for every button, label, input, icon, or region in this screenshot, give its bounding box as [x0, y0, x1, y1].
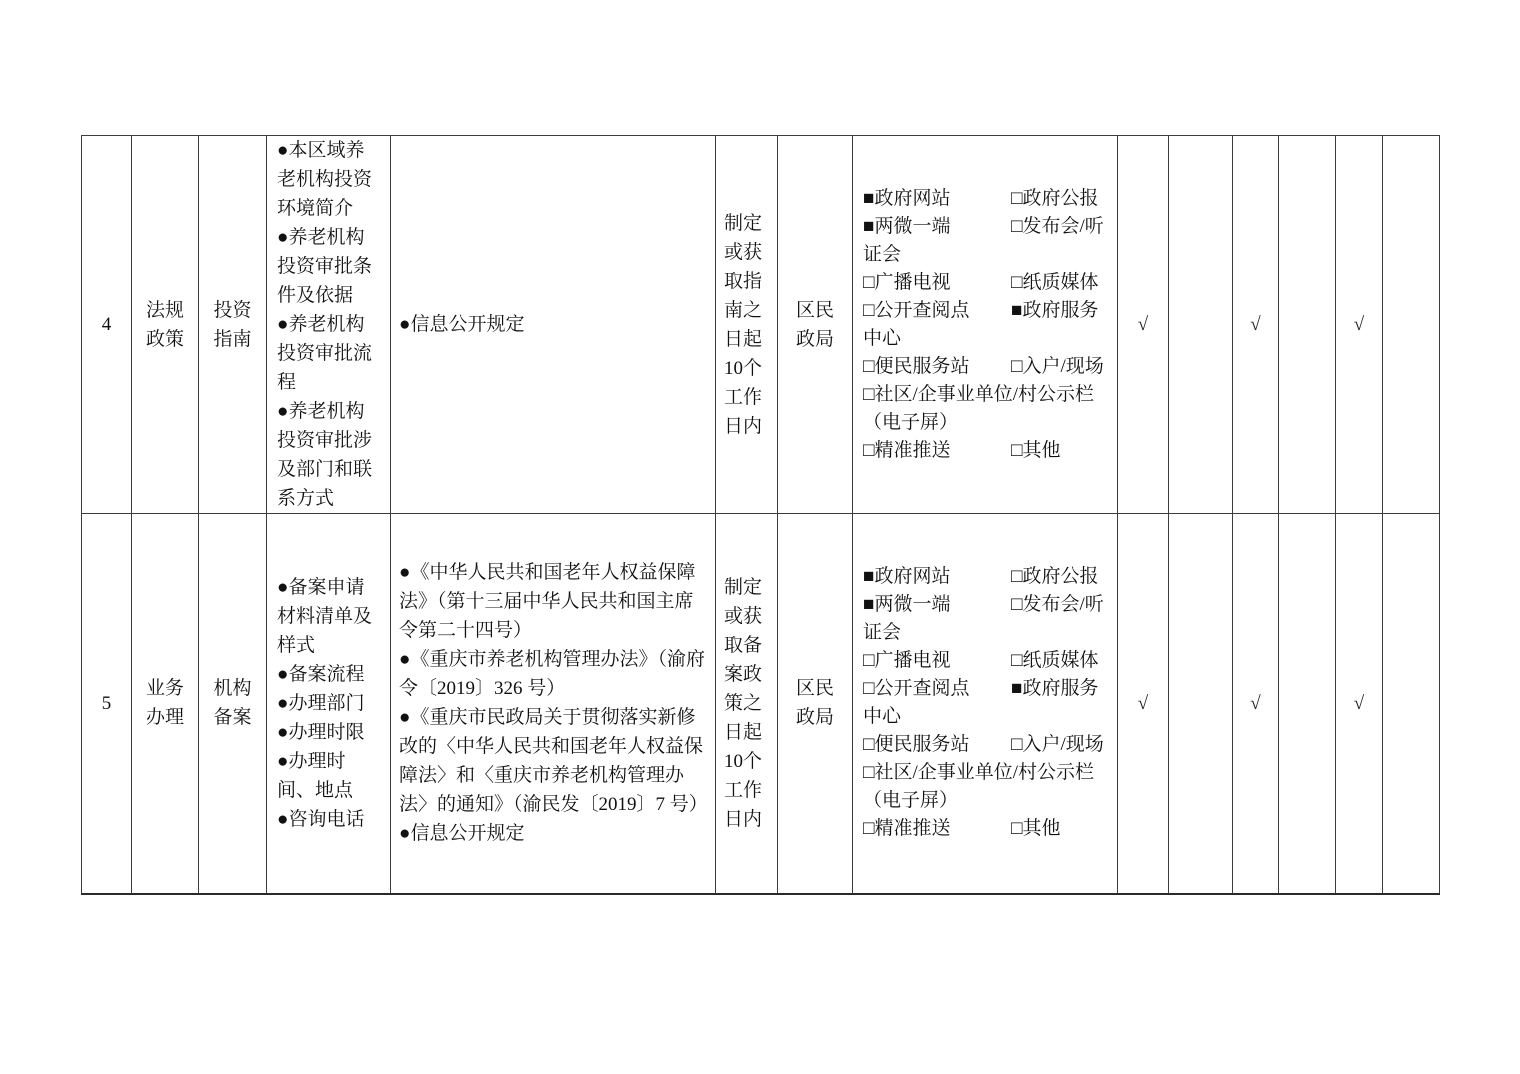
subcategory-label: 投资指南: [213, 300, 251, 350]
channel-option: □广播电视: [863, 647, 1011, 675]
channel-line: □公开查阅点■政府服务: [863, 675, 1113, 703]
check-mark: √: [1138, 314, 1148, 335]
channel-option: □纸质媒体: [1011, 650, 1098, 671]
basis-item: ●信息公开规定: [399, 819, 707, 848]
channel-option: □其他: [1011, 440, 1060, 461]
basis-cell: ●《中华人民共和国老年人权益保障法》（第十三届中华人民共和国主席令第二十四号） …: [391, 514, 716, 894]
seq-number: 4: [102, 314, 112, 335]
check-mark: √: [1138, 693, 1148, 714]
department-label: 区民政局: [796, 300, 834, 350]
basis-cell: ●信息公开规定: [391, 136, 716, 514]
channel-option: □精准推送: [863, 437, 1011, 465]
deadline-cell: 制定或获取备案政策之日起10个工作日内: [716, 514, 778, 894]
content-item: ●养老机构投资审批流程: [277, 310, 380, 397]
check-mark: √: [1250, 314, 1260, 335]
check-mark: √: [1250, 693, 1260, 714]
check-cell: [1279, 136, 1336, 514]
check-cell: [1383, 514, 1440, 894]
channel-option: 证会: [863, 619, 1011, 647]
channel-option: □社区/企事业单位/村公示栏: [863, 381, 1094, 409]
check-cell: [1279, 514, 1336, 894]
content-item: ●备案流程: [277, 660, 380, 689]
channel-line: 中心: [863, 325, 1113, 353]
channel-line: □公开查阅点■政府服务: [863, 297, 1113, 325]
channel-option: 中心: [863, 325, 1011, 353]
channel-line: □社区/企事业单位/村公示栏: [863, 381, 1113, 409]
channel-option: 中心: [863, 703, 1011, 731]
channel-line: ■两微一端□发布会/听: [863, 213, 1113, 241]
content-item: ●养老机构投资审批条件及依据: [277, 223, 380, 310]
subcategory-label: 机构备案: [213, 678, 251, 728]
department-cell: 区民政局: [778, 514, 853, 894]
channel-option: （电子屏）: [863, 787, 1011, 815]
basis-item: ●《中华人民共和国老年人权益保障法》（第十三届中华人民共和国主席令第二十四号）: [399, 558, 707, 645]
channels-cell: ■政府网站□政府公报 ■两微一端□发布会/听 证会 □广播电视□纸质媒体 □公开…: [853, 136, 1118, 514]
disclosure-table: 4 法规政策 投资指南 ●本区域养老机构投资环境简介 ●养老机构投资审批条件及依…: [81, 135, 1440, 895]
channel-option: □公开查阅点: [863, 675, 1011, 703]
subcategory-cell: 机构备案: [199, 514, 267, 894]
content-item: ●养老机构投资审批涉及部门和联系方式: [277, 397, 380, 513]
department-label: 区民政局: [796, 678, 834, 728]
department-cell: 区民政局: [778, 136, 853, 514]
channels-cell: ■政府网站□政府公报 ■两微一端□发布会/听 证会 □广播电视□纸质媒体 □公开…: [853, 514, 1118, 894]
check-cell: √: [1233, 136, 1279, 514]
content-item: ●办理时间、地点: [277, 747, 380, 805]
channel-line: □便民服务站□入户/现场: [863, 353, 1113, 381]
channel-option: □入户/现场: [1011, 356, 1104, 377]
channel-option: □入户/现场: [1011, 734, 1104, 755]
channel-option: □便民服务站: [863, 353, 1011, 381]
channel-line: 证会: [863, 241, 1113, 269]
channel-line: （电子屏）: [863, 787, 1113, 815]
channel-option: ■两微一端: [863, 591, 1011, 619]
check-cell: √: [1118, 514, 1169, 894]
deadline-cell: 制定或获取指南之日起10个工作日内: [716, 136, 778, 514]
check-cell: [1169, 136, 1233, 514]
channel-option: ■政府网站: [863, 563, 1011, 591]
channel-option: □发布会/听: [1011, 216, 1104, 237]
seq-cell: 4: [82, 136, 132, 514]
content-item: ●办理时限: [277, 718, 380, 747]
basis-item: ●信息公开规定: [399, 310, 707, 339]
channel-line: □广播电视□纸质媒体: [863, 647, 1113, 675]
content-item: ●咨询电话: [277, 805, 380, 834]
channel-line: ■政府网站□政府公报: [863, 563, 1113, 591]
content-item: ●备案申请材料清单及样式: [277, 573, 380, 660]
content-items-cell: ●备案申请材料清单及样式 ●备案流程 ●办理部门 ●办理时限 ●办理时间、地点 …: [267, 514, 391, 894]
deadline-text: 制定或获取备案政策之日起10个工作日内: [724, 577, 762, 830]
subcategory-cell: 投资指南: [199, 136, 267, 514]
channel-option: ■政府服务: [1011, 300, 1098, 321]
seq-cell: 5: [82, 514, 132, 894]
channel-option: □发布会/听: [1011, 594, 1104, 615]
channel-option: □广播电视: [863, 269, 1011, 297]
check-cell: [1169, 514, 1233, 894]
channel-option: □社区/企事业单位/村公示栏: [863, 759, 1094, 787]
seq-number: 5: [102, 693, 112, 714]
channel-line: （电子屏）: [863, 409, 1113, 437]
channel-line: □社区/企事业单位/村公示栏: [863, 759, 1113, 787]
channel-option: ■两微一端: [863, 213, 1011, 241]
category-label: 法规政策: [146, 300, 184, 350]
check-cell: √: [1233, 514, 1279, 894]
channel-line: 中心: [863, 703, 1113, 731]
channel-line: □精准推送□其他: [863, 815, 1113, 843]
check-cell: √: [1118, 136, 1169, 514]
category-cell: 业务办理: [132, 514, 199, 894]
check-cell: √: [1336, 136, 1383, 514]
channel-option: （电子屏）: [863, 409, 1011, 437]
channel-line: ■两微一端□发布会/听: [863, 591, 1113, 619]
table-row-4: 4 法规政策 投资指南 ●本区域养老机构投资环境简介 ●养老机构投资审批条件及依…: [82, 136, 1440, 514]
channel-option: 证会: [863, 241, 1011, 269]
channel-option: □精准推送: [863, 815, 1011, 843]
check-mark: √: [1354, 693, 1364, 714]
category-cell: 法规政策: [132, 136, 199, 514]
content-item: ●办理部门: [277, 689, 380, 718]
basis-item: ●《重庆市养老机构管理办法》（渝府令〔2019〕326 号）: [399, 645, 707, 703]
channel-line: □精准推送□其他: [863, 437, 1113, 465]
check-cell: [1383, 136, 1440, 514]
channel-line: □广播电视□纸质媒体: [863, 269, 1113, 297]
channel-option: □其他: [1011, 818, 1060, 839]
check-mark: √: [1354, 314, 1364, 335]
channel-line: 证会: [863, 619, 1113, 647]
channel-option: □政府公报: [1011, 188, 1098, 209]
category-label: 业务办理: [146, 678, 184, 728]
channel-option: □便民服务站: [863, 731, 1011, 759]
channel-option: □纸质媒体: [1011, 272, 1098, 293]
deadline-text: 制定或获取指南之日起10个工作日内: [724, 213, 762, 437]
document-page: 4 法规政策 投资指南 ●本区域养老机构投资环境简介 ●养老机构投资审批条件及依…: [0, 0, 1520, 1074]
check-cell: √: [1336, 514, 1383, 894]
channel-line: □便民服务站□入户/现场: [863, 731, 1113, 759]
table-row-5: 5 业务办理 机构备案 ●备案申请材料清单及样式 ●备案流程 ●办理部门 ●办理…: [82, 514, 1440, 894]
content-items-cell: ●本区域养老机构投资环境简介 ●养老机构投资审批条件及依据 ●养老机构投资审批流…: [267, 136, 391, 514]
channel-option: ■政府服务: [1011, 678, 1098, 699]
channel-option: ■政府网站: [863, 185, 1011, 213]
channel-option: □政府公报: [1011, 566, 1098, 587]
channel-option: □公开查阅点: [863, 297, 1011, 325]
basis-item: ●《重庆市民政局关于贯彻落实新修改的〈中华人民共和国老年人权益保障法〉和〈重庆市…: [399, 703, 707, 819]
content-item: ●本区域养老机构投资环境简介: [277, 136, 380, 223]
channel-line: ■政府网站□政府公报: [863, 185, 1113, 213]
